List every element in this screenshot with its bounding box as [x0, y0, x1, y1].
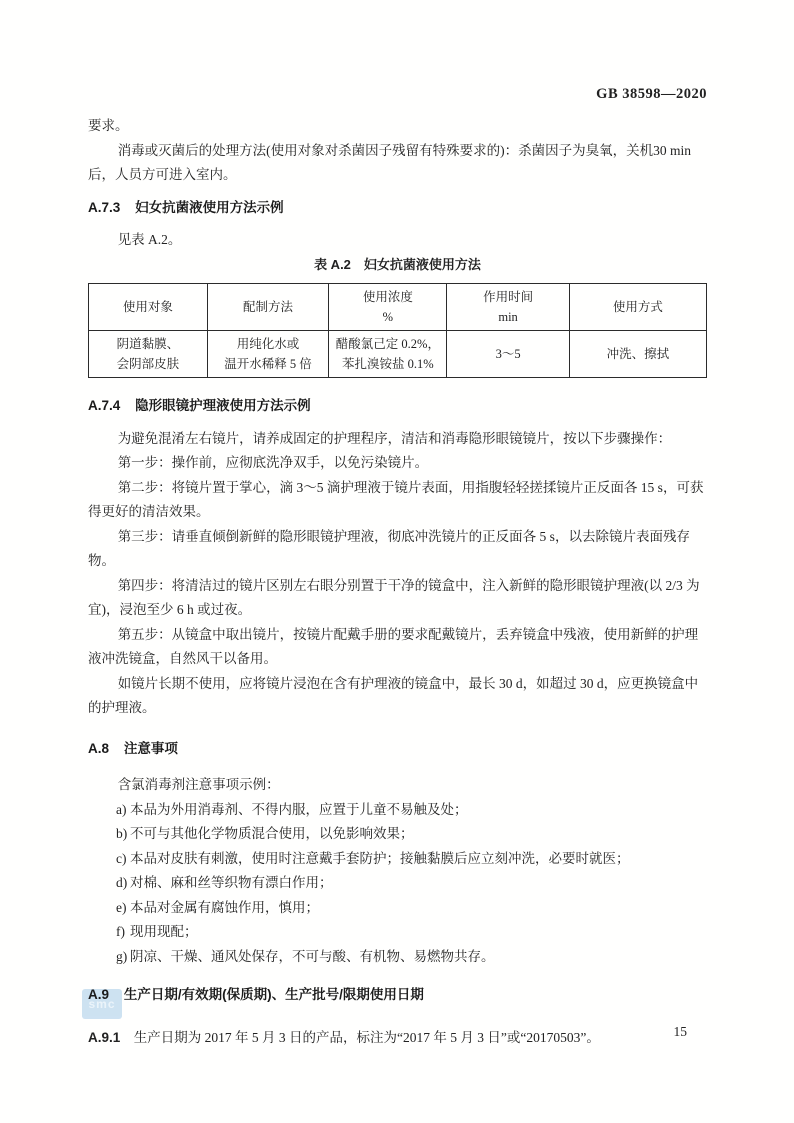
doc-number: GB 38598—2020 — [596, 86, 707, 103]
document-page: GB 38598—2020 要求。 消毒或灭菌后的处理方法(使用对象对杀菌因子残… — [0, 0, 794, 1123]
notice-item-d: d)对棉、麻和丝等织物有漂白作用； — [88, 871, 707, 896]
notice-intro: 含氯消毒剂注意事项示例： — [88, 773, 707, 798]
page-content: 要求。 消毒或灭菌后的处理方法(使用对象对杀菌因子残留有特殊要求的)：杀菌因子为… — [88, 114, 707, 1050]
item-text: 对棉、麻和丝等织物有漂白作用； — [130, 871, 707, 896]
paragraph-step-1: 第一步：操作前，应彻底洗净双手，以免污染镜片。 — [88, 451, 707, 476]
cell-concentration: 醋酸氯己定 0.2%，苯扎溴铵盐 0.1% — [329, 331, 447, 378]
paragraph-step-4: 第四步：将清洁过的镜片区别左右眼分别置于干净的镜盒中，注入新鲜的隐形眼镜护理液(… — [88, 574, 707, 623]
col-header-target: 使用对象 — [89, 284, 208, 331]
item-label: d) — [88, 871, 130, 896]
carryover-line: 要求。 — [88, 114, 707, 139]
table-caption: 表 A.2妇女抗菌液使用方法 — [88, 253, 707, 278]
clause-number: A.7.4 — [88, 398, 120, 413]
clause-heading-a73: A.7.3妇女抗菌液使用方法示例 — [88, 196, 707, 221]
paragraph-storage: 如镜片长期不使用，应将镜片浸泡在含有护理液的镜盒中，最长 30 d，如超过 30… — [88, 672, 707, 721]
notice-item-a: a)本品为外用消毒剂、不得内服，应置于儿童不易触及处； — [88, 798, 707, 823]
table-caption-title: 妇女抗菌液使用方法 — [364, 257, 481, 272]
clause-title: 生产日期/有效期(保质期)、生产批号/限期使用日期 — [124, 987, 424, 1002]
paragraph-step-5: 第五步：从镜盒中取出镜片，按镜片配戴手册的要求配戴镜片，丢弃镜盒中残液，使用新鲜… — [88, 623, 707, 672]
cell-target: 阴道黏膜、会阴部皮肤 — [89, 331, 208, 378]
item-text: 现用现配； — [130, 920, 707, 945]
clause-heading-a9: smcA.9生产日期/有效期(保质期)、生产批号/限期使用日期 — [88, 983, 707, 1008]
col-header-preparation: 配制方法 — [207, 284, 329, 331]
table-caption-number: 表 A.2 — [314, 257, 351, 272]
item-label: b) — [88, 822, 130, 847]
item-label: e) — [88, 896, 130, 921]
clause-number: A.9 — [88, 987, 109, 1002]
table-header-row: 使用对象 配制方法 使用浓度% 作用时间min 使用方式 — [89, 284, 707, 331]
item-label: g) — [88, 945, 130, 970]
paragraph-step-2: 第二步：将镜片置于掌心，滴 3～5 滴护理液于镜片表面，用指腹轻轻搓揉镜片正反面… — [88, 476, 707, 525]
col-header-concentration: 使用浓度% — [329, 284, 447, 331]
clause-heading-a74: A.7.4隐形眼镜护理液使用方法示例 — [88, 394, 707, 419]
notice-item-f: f)现用现配； — [88, 920, 707, 945]
clause-title: 注意事项 — [124, 741, 178, 756]
clause-title: 妇女抗菌液使用方法示例 — [135, 200, 284, 215]
item-text: 不可与其他化学物质混合使用，以免影响效果； — [130, 822, 707, 847]
table-row: 阴道黏膜、会阴部皮肤 用纯化水或温开水稀释 5 倍 醋酸氯己定 0.2%，苯扎溴… — [89, 331, 707, 378]
paragraph-step-3: 第三步：请垂直倾倒新鲜的隐形眼镜护理液，彻底冲洗镜片的正反面各 5 s，以去除镜… — [88, 525, 707, 574]
clause-number: A.7.3 — [88, 200, 120, 215]
paragraph-lens-intro: 为避免混淆左右镜片，请养成固定的护理程序，清洁和消毒隐形眼镜镜片，按以下步骤操作… — [88, 427, 707, 452]
clause-title: 隐形眼镜护理液使用方法示例 — [135, 398, 311, 413]
col-header-method: 使用方式 — [569, 284, 706, 331]
see-table-line: 见表 A.2。 — [88, 228, 707, 253]
item-label: c) — [88, 847, 130, 872]
clause-text: 生产日期为 2017 年 5 月 3 日的产品，标注为“2017 年 5 月 3… — [134, 1030, 600, 1045]
notice-item-e: e)本品对金属有腐蚀作用，慎用； — [88, 896, 707, 921]
clause-number: A.8 — [88, 741, 109, 756]
col-header-time: 作用时间min — [447, 284, 569, 331]
cell-method: 冲洗、擦拭 — [569, 331, 706, 378]
cell-preparation: 用纯化水或温开水稀释 5 倍 — [207, 331, 329, 378]
item-text: 本品对金属有腐蚀作用，慎用； — [130, 896, 707, 921]
clause-number: A.9.1 — [88, 1030, 120, 1045]
item-label: a) — [88, 798, 130, 823]
clause-a91: A.9.1生产日期为 2017 年 5 月 3 日的产品，标注为“2017 年 … — [88, 1026, 707, 1051]
item-text: 本品对皮肤有刺激，使用时注意戴手套防护；接触黏膜后应立刻冲洗，必要时就医； — [130, 847, 707, 872]
item-text: 本品为外用消毒剂、不得内服，应置于儿童不易触及处； — [130, 798, 707, 823]
notice-item-c: c)本品对皮肤有刺激，使用时注意戴手套防护；接触黏膜后应立刻冲洗，必要时就医； — [88, 847, 707, 872]
paragraph-disinfection: 消毒或灭菌后的处理方法(使用对象对杀菌因子残留有特殊要求的)：杀菌因子为臭氧，关… — [88, 139, 707, 188]
notice-item-g: g)阴凉、干燥、通风处保存，不可与酸、有机物、易燃物共存。 — [88, 945, 707, 970]
clause-heading-a8: A.8注意事项 — [88, 737, 707, 762]
item-label: f) — [88, 920, 130, 945]
table-a2: 使用对象 配制方法 使用浓度% 作用时间min 使用方式 阴道黏膜、会阴部皮肤 … — [88, 283, 707, 378]
item-text: 阴凉、干燥、通风处保存，不可与酸、有机物、易燃物共存。 — [130, 945, 707, 970]
cell-time: 3～5 — [447, 331, 569, 378]
page-number: 15 — [674, 1024, 688, 1040]
notice-item-b: b)不可与其他化学物质混合使用，以免影响效果； — [88, 822, 707, 847]
